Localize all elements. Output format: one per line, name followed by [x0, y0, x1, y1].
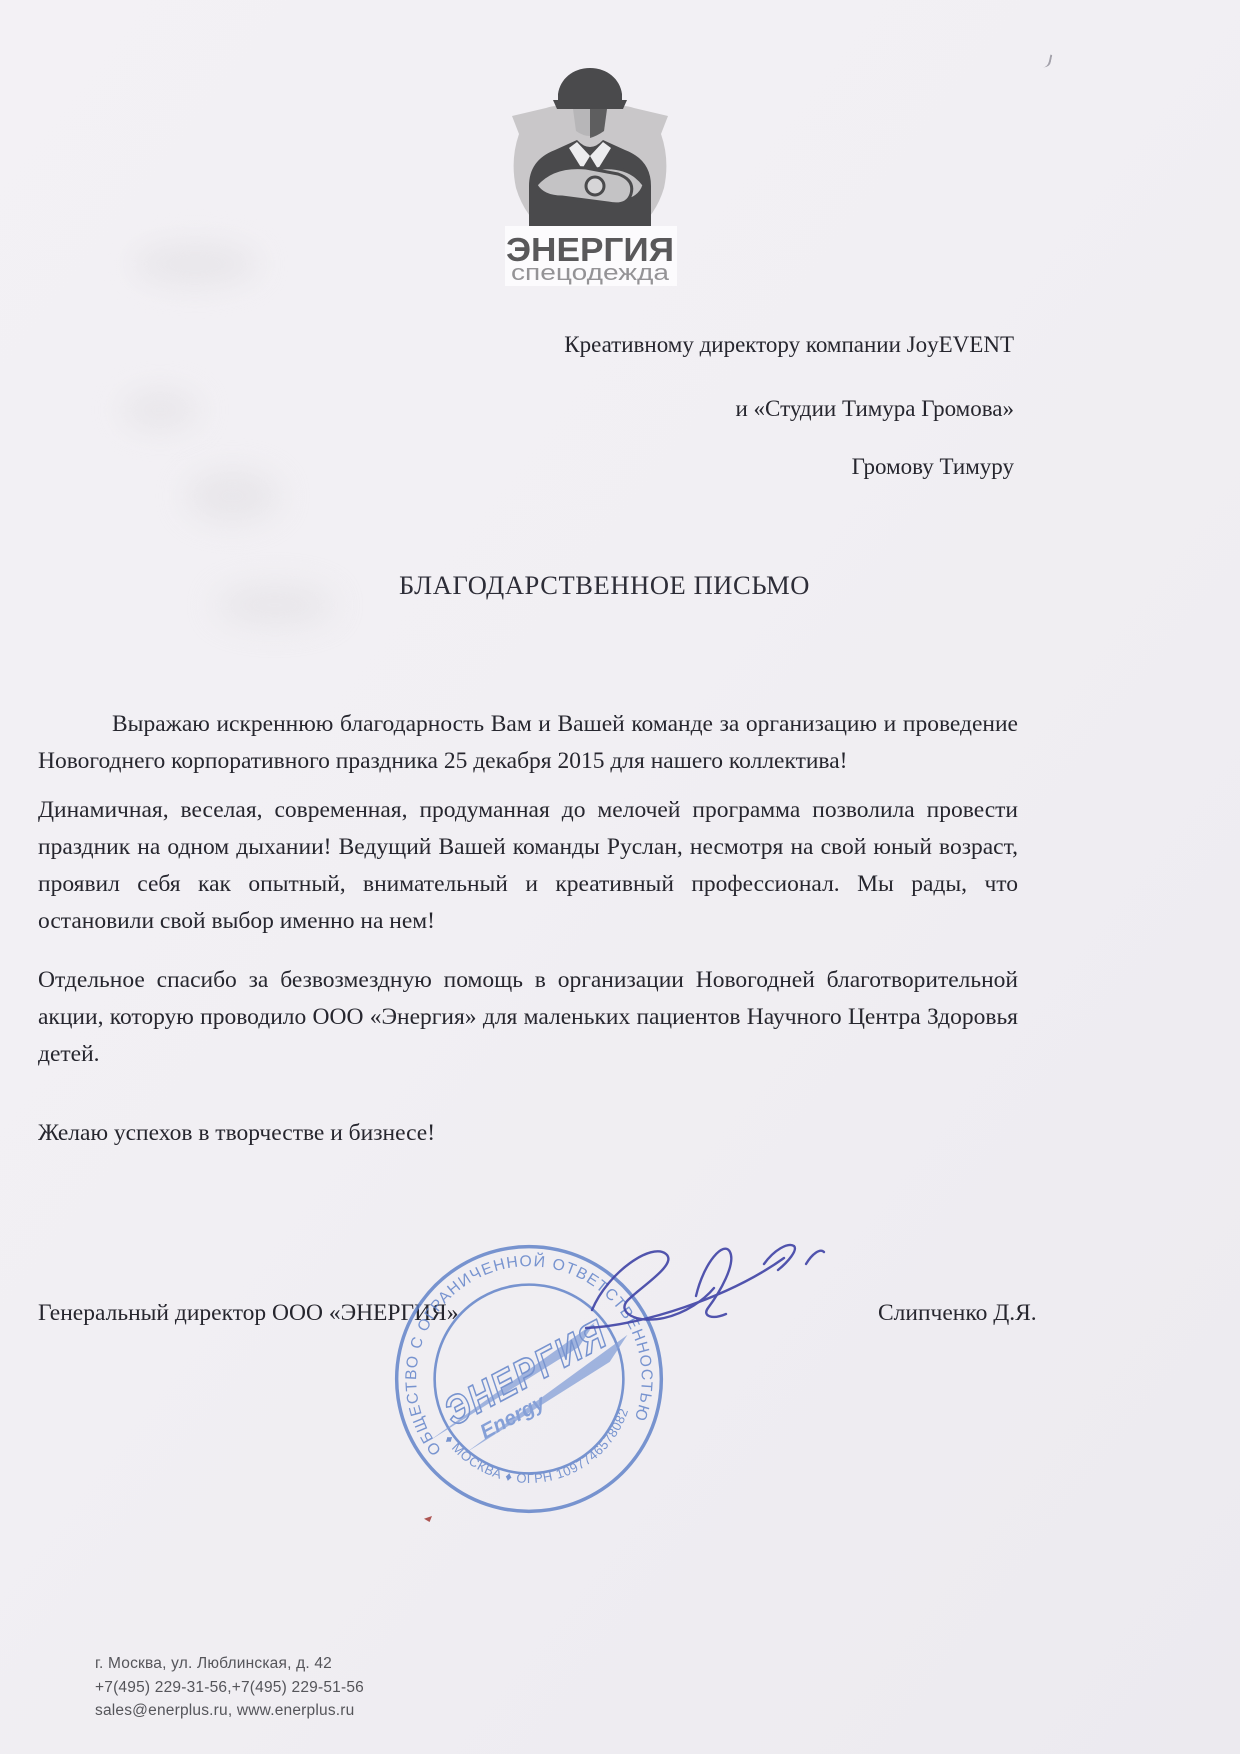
logo-subtitle-text: спецодежда: [511, 260, 670, 285]
addressee-line: Креативному директору компании JoyEVENT: [564, 330, 1014, 360]
letter-title: БЛАГОДАРСТВЕННОЕ ПИСЬМО: [399, 570, 810, 601]
addressee-line: Громову Тимуру: [564, 452, 1014, 482]
scan-smudge: [185, 470, 280, 522]
paragraph-wishes: Желаю успехов в творчестве и бизнесе!: [38, 1115, 1018, 1152]
scan-pen-mark: [1043, 53, 1053, 68]
paragraph-charity: Отдельное спасибо за безвозмездную помощ…: [38, 962, 1018, 1073]
scan-smudge: [120, 390, 200, 430]
scan-smudge: [215, 585, 335, 625]
signature-ink: [578, 1234, 828, 1346]
paragraph-program: Динамичная, веселая, современная, продум…: [38, 792, 1018, 940]
footer-address: г. Москва, ул. Люблинская, д. 42: [95, 1652, 364, 1676]
scanned-letter-page: ЭНЕРГИЯ спецодежда Креативному директору…: [0, 0, 1240, 1754]
scan-smudge: [130, 242, 260, 286]
paragraph-gratitude: Выражаю искреннюю благодарность Вам и Ва…: [38, 706, 1018, 780]
worker-silhouette: [553, 68, 627, 109]
signer-name: Слипченко Д.Я.: [878, 1300, 1037, 1327]
footer-email-site: sales@enerplus.ru, www.enerplus.ru: [95, 1699, 364, 1723]
worker-logo-graphic: ЭНЕРГИЯ спецодежда: [498, 58, 682, 290]
footer-contacts: г. Москва, ул. Люблинская, д. 42 +7(495)…: [95, 1652, 364, 1723]
footer-phones: +7(495) 229-31-56,+7(495) 229-51-56: [95, 1676, 364, 1700]
addressee-block: Креативному директору компании JoyEVENT …: [564, 330, 1014, 482]
addressee-line: и «Студии Тимура Громова»: [564, 394, 1014, 424]
company-logo: ЭНЕРГИЯ спецодежда: [498, 58, 682, 290]
